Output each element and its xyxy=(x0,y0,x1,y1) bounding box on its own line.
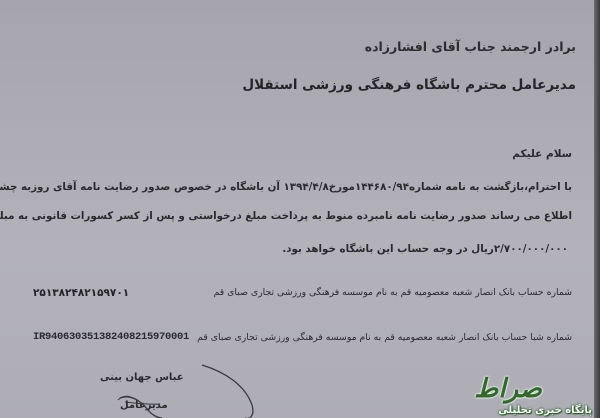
watermark: صراط پایگاه خبری تحلیلی xyxy=(434,370,594,418)
watermark-logo: صراط xyxy=(474,374,542,404)
body-paragraph-line: با احترام،بازگشت به نامه شماره۱۴۴۶۸۰/۹۴م… xyxy=(0,181,572,193)
signer-title: مدیرعامل xyxy=(120,400,168,411)
sheba-account-label: شماره شبا حساب بانک انصار شعبه معصومیه ق… xyxy=(197,332,572,343)
bank-account-label: شماره حساب بانک انصار شعبه معصومیه قم به… xyxy=(214,287,572,298)
scanned-letter: برادر ارجمند جناب آقای افشارزاده مدیرعام… xyxy=(0,0,594,418)
scan-edge-shadow xyxy=(594,0,600,418)
recipient-title: مدیرعامل محترم باشگاه فرهنگی ورزشی استقل… xyxy=(242,77,576,93)
handwritten-signature xyxy=(0,0,600,418)
body-paragraph-line: اطلاع می رساند صدور رضایت نامه نامبرده م… xyxy=(0,210,572,222)
bank-account-number: ۲۵۱۳۸۲۴۸۲۱۵۹۷۰۱ xyxy=(33,287,129,299)
greeting: سلام علیکم xyxy=(512,148,572,160)
body-paragraph-line: ۲/۷۰۰/۰۰۰/۰۰۰ریال در وجه حساب این باشگاه… xyxy=(282,243,568,255)
sheba-account-number: IR940630351382408215970001 xyxy=(33,331,189,343)
watermark-caption: پایگاه خبری تحلیلی xyxy=(498,405,592,416)
recipient-salutation: برادر ارجمند جناب آقای افشارزاده xyxy=(365,39,576,54)
signer-name: عباس جهان بینی xyxy=(100,372,184,383)
